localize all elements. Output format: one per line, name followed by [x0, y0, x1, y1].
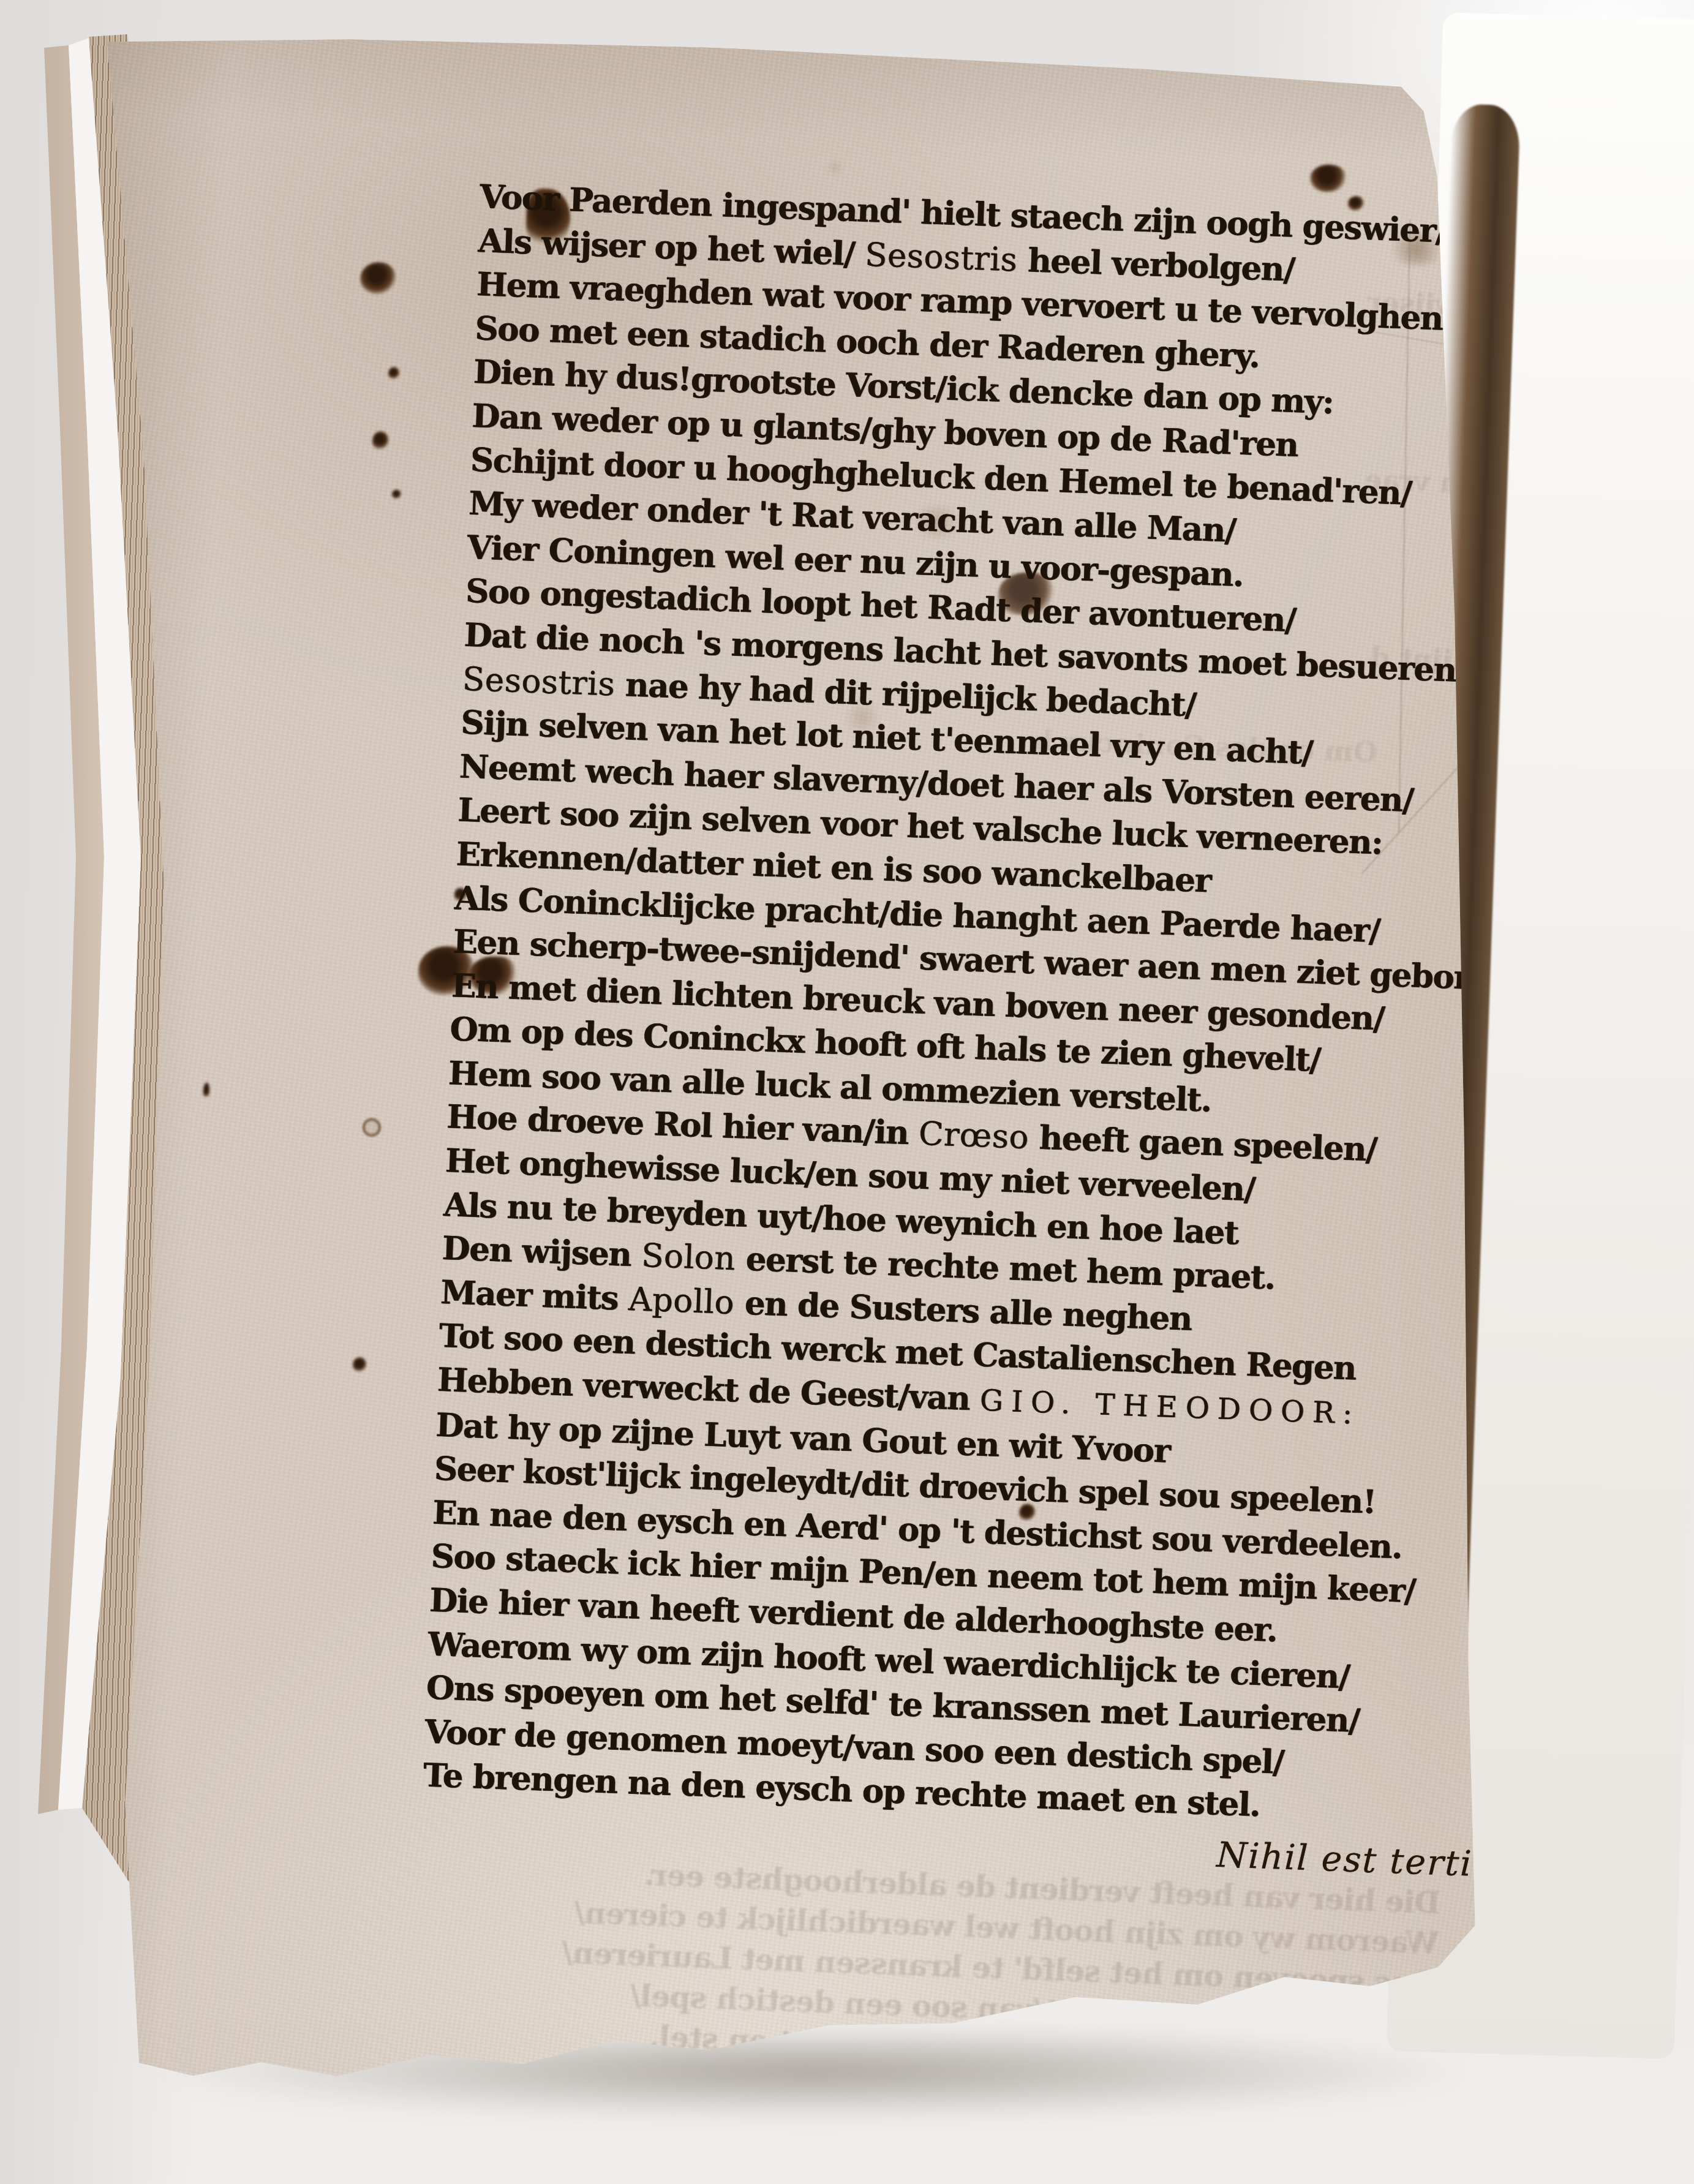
poem-lines: Voor Paerden ingespand' hielt staech zij…: [423, 175, 1602, 1838]
book-photo-background: Die hier van heeft verdient de alderhoog…: [0, 0, 1694, 2184]
poem-segment: heel verbolgen/: [1017, 241, 1295, 288]
poem-segment: Maer mits: [440, 1273, 629, 1318]
poem-segment: Sesostris: [462, 660, 615, 703]
poem-segment: Apollo: [628, 1281, 735, 1322]
book-page: Die hier van heeft verdient de alderhoog…: [31, 26, 1543, 2126]
poem-segment: GIO. THEODOOR:: [979, 1384, 1361, 1431]
poem-segment: Sesostris: [864, 236, 1018, 279]
poem-text-block: Voor Paerden ingespand' hielt staech zij…: [421, 175, 1602, 1887]
poem-segment: Solon: [641, 1237, 736, 1278]
poem-segment: Den wijsen: [442, 1229, 642, 1275]
poem-segment: Crœso: [918, 1115, 1030, 1156]
